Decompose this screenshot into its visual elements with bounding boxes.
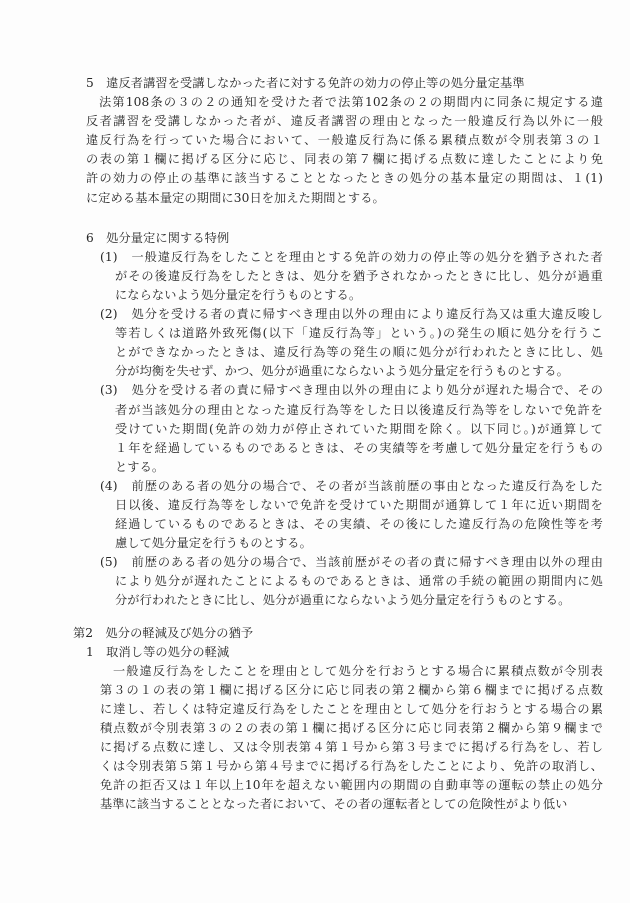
text-line: (3) 処分を受ける者の責に帰すべき理由以外の理由により処分が遅れた場合で、その <box>100 381 603 400</box>
section-5-heading: 5 違反者講習を受講しなかった者に対する免許の効力の停止等の処分量定基準 <box>86 74 603 93</box>
text-line: １年を経過しているものであるときは、その実績等を考慮して処分量定を行うもの <box>115 439 603 458</box>
section-dai2-heading: 第2 処分の軽減及び処分の猶予 <box>73 624 603 643</box>
text-line: 慮して処分量定を行うものとする。 <box>115 534 603 553</box>
text-line: (2) 処分を受ける者の責に帰すべき理由以外の理由により違反行為又は重大違反唆し <box>100 305 603 324</box>
text-line: 分が行われたときに比し、処分が過重にならないよう処分量定を行うものとする。 <box>115 591 603 610</box>
text-line: 反者講習を受講しなかった者が、違反者講習の理由となった一般違反行為以外に一般 <box>86 112 603 131</box>
section-6-heading: 6 処分量定に関する特例 <box>86 229 603 248</box>
text-line: とする。 <box>115 458 603 477</box>
text-line: の表の第１欄に掲げる区分に応じ、同表の第７欄に掲げる点数に達したことにより免 <box>86 150 603 169</box>
text-line: 違反行為を行っていた場合において、一般違反行為に係る累積点数が令別表第３の１ <box>86 131 603 150</box>
text-line: 分が均衡を失せず、かつ、処分が過重にならないよう処分量定を行うものとする。 <box>115 362 603 381</box>
text-line: 許の効力の停止の基準に該当することとなったときの処分の基本量定の期間は、１(1) <box>86 169 603 188</box>
text-line: にならないよう処分量定を行うものとする。 <box>115 286 603 305</box>
text-line: くは令別表第５第１号から第４号までに掲げる行為をしたことにより、免許の取消し、 <box>100 757 603 776</box>
text-line: とができなかったときは、違反行為等の発生の順に処分が行われたときに比し、処 <box>115 343 603 362</box>
text-line: 等若しくは道路外致死傷(以下「違反行為等」という。)の発生の順に処分を行うこ <box>115 324 603 343</box>
text-line: 日以後、違反行為等をしないで免許を受けていた期間が通算して１年に近い期間を <box>115 496 603 515</box>
text-line: 法第108条の３の２の通知を受けた者で法第102条の２の期間内に同条に規定する違 <box>99 93 603 112</box>
text-line: (1) 一般違反行為をしたことを理由とする免許の効力の停止等の処分を猶予された者 <box>100 248 603 267</box>
document-body: 5 違反者講習を受講しなかった者に対する免許の効力の停止等の処分量定基準法第10… <box>73 74 630 814</box>
legal-document-page: 5 違反者講習を受講しなかった者に対する免許の効力の停止等の処分量定基準法第10… <box>0 0 630 903</box>
text-line: 者が当該処分の理由となった違反行為等をした日以後違反行為等をしないで免許を <box>115 401 603 420</box>
text-line: (4) 前歴のある者の処分の場合で、その者が当該前歴の事由となった違反行為をした <box>100 477 603 496</box>
text-line: 基準に該当することとなった者において、その者の運転者としての危険性がより低い <box>100 795 603 814</box>
text-line: 経過しているものであるときは、その実績、その後にした違反行為の危険性等を考 <box>115 515 603 534</box>
text-line: 免許の拒否又は１年以上10年を超えない範囲内の期間の自動車等の運転の禁止の処分 <box>100 776 603 795</box>
text-line: に達し、若しくは特定違反行為をしたことを理由として処分を行おうとする場合の累 <box>100 700 603 719</box>
text-line: 積点数が令別表第３の２の表の第１欄に掲げる区分に応じ同表第２欄から第９欄まで <box>100 719 603 738</box>
text-line: 一般違反行為をしたことを理由として処分を行おうとする場合に累積点数が令別表 <box>113 662 603 681</box>
text-line: により処分が遅れたことによるものであるときは、通常の手続の範囲の期間内に処 <box>115 572 603 591</box>
text-line: に定める基本量定の期間に30日を加えた期間とする。 <box>86 189 603 208</box>
text-line: がその後違反行為をしたときは、処分を猶予されなかったときに比し、処分が過重 <box>115 267 603 286</box>
text-line: 第３の１の表の第１欄に掲げる区分に応じ同表の第２欄から第６欄までに掲げる点数 <box>100 681 603 700</box>
subsection-1-heading: 1 取消し等の処分の軽減 <box>86 643 603 662</box>
text-line: (5) 前歴のある者の処分の場合で、当該前歴がその者の責に帰すべき理由以外の理由 <box>100 553 603 572</box>
text-line: に掲げる点数に達し、又は令別表第４第１号から第３号までに掲げる行為をし、若し <box>100 738 603 757</box>
text-line: 受けていた期間(免許の効力が停止されていた期間を除く。以下同じ。)が通算して <box>115 420 603 439</box>
